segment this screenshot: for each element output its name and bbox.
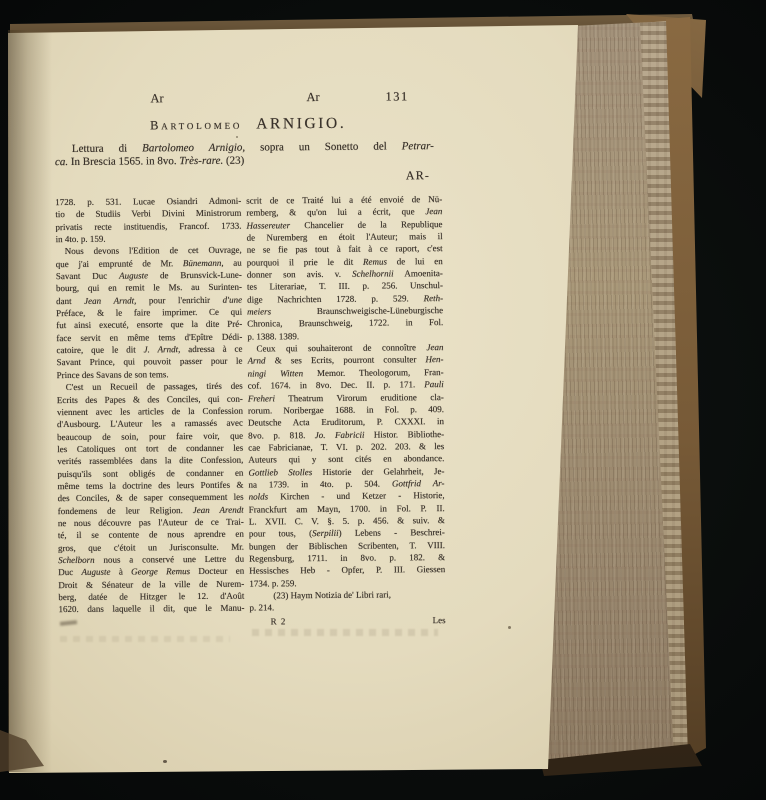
- text-line: C'est un Recueil de passages, tirés des: [57, 380, 243, 394]
- text-line: d'Ausbourg. L'Auteur les a ramassés avec: [57, 417, 243, 431]
- italic-text: Schelhornii: [352, 269, 394, 279]
- italic-text: meiers: [247, 307, 271, 317]
- italic-text: Gottfrid Ar-: [392, 478, 445, 488]
- body-text: tes Literariae, T. III. p. 256. Unschul-: [247, 280, 443, 292]
- body-text: dant: [56, 296, 84, 306]
- body-text: fondemens de leur Religion.: [58, 505, 193, 516]
- body-text: Amoenita-: [394, 268, 443, 278]
- body-text: les Catoliques ont tort de condanner les: [57, 443, 243, 454]
- body-text: des Conciles, & de saper consequemment l…: [58, 492, 244, 503]
- text-line: 1620. dans laquelle il dit, que le Manu-: [58, 602, 244, 616]
- text-line: privatis recte instituendis, Francof. 17…: [55, 219, 241, 233]
- body-text: Duc: [58, 567, 81, 577]
- italic-text: Jean: [425, 206, 442, 216]
- italic-text: Pauli: [424, 379, 444, 389]
- italic-text: Freheri: [248, 393, 275, 403]
- text-line: Duc Auguste à George Remus Docteur en: [58, 565, 244, 579]
- body-text: catoire, que le dit: [56, 345, 143, 356]
- text-line: Chronica, Braunschweig, 1722. in Fol.: [247, 317, 443, 331]
- body-text: Deutsche Acta Eruditorum, P. CXXXI. in: [248, 416, 444, 428]
- show-through: [252, 629, 438, 636]
- body-text: Ecrits des Papes & des Conciles, qui con…: [57, 393, 243, 404]
- text-line: p. 214.: [249, 600, 445, 614]
- italic-text: Jean Arendt: [193, 504, 244, 514]
- body-text: dige Nachrichten 1728. p. 529.: [247, 293, 424, 304]
- text-line: verités rassemblées dans la dite Confess…: [57, 454, 243, 468]
- body-text: Kirchen - und Ketzer - Historie,: [268, 490, 445, 501]
- body-text: , sopra un Sonetto del: [242, 140, 401, 153]
- body-text: bungen der Biblischen Scribenten, T. VII…: [249, 540, 445, 552]
- body-text: berg, datée de Hitzger le 12. d'Août: [58, 591, 244, 602]
- italic-text: Schelborn: [58, 555, 95, 565]
- body-text: beaucoup de soin, pour faire voir, que: [57, 430, 243, 441]
- body-text: Docteur en: [190, 566, 244, 576]
- body-text: rorum. Noribergae 1688. in Fol. p. 409.: [248, 404, 444, 416]
- body-text: fut ainsi executé, ensorte que la dite P…: [56, 319, 242, 330]
- body-text: de Brunsvick-Lune-: [148, 270, 242, 281]
- body-text: gros, que c'étoit un Jurisconsulte. Mr.: [58, 541, 244, 552]
- text-line: bourg, qui en remit le Ms. au Surinten-: [56, 281, 242, 295]
- show-through: [60, 636, 230, 642]
- body-text: 1620. dans laquelle il dit, que le Manu-: [58, 603, 244, 614]
- body-text: d'Ausbourg. L'Auteur les a ramassés avec: [57, 418, 243, 429]
- text-line: té, il se contente de nous aprendre en: [58, 528, 244, 542]
- italic-text: Petrar-: [402, 140, 434, 152]
- signature-mark: R 2: [271, 615, 287, 627]
- page-text: Ar Ar 131 Bartolomeo ARNIGIO. Lettura di…: [0, 0, 766, 800]
- italic-text: Jean: [426, 342, 443, 352]
- text-line: tes Literariae, T. III. p. 256. Unschul-: [247, 279, 443, 293]
- body-text: 8vo. p. 818.: [248, 430, 315, 441]
- text-line: Deutsche Acta Eruditorum, P. CXXXI. in: [248, 415, 444, 429]
- body-text: C'est un Recueil de passages, tirés des: [66, 381, 243, 392]
- body-text: viennent avec les articles de la Confess…: [57, 405, 243, 416]
- body-text: de Nuremberg en étoit l'Auteur; mais il: [247, 231, 443, 243]
- body-text: , au: [221, 257, 241, 267]
- left-column: 1728. p. 531. Lucae Osiandri Admoni-tio …: [55, 195, 244, 632]
- ink-speck: [236, 136, 238, 138]
- body-text: Memor. Theologorum, Fran-: [303, 367, 444, 378]
- italic-text: Remus: [363, 256, 387, 266]
- catchword-top: AR-: [348, 168, 430, 184]
- italic-text: Gottlieb Stolles: [248, 467, 312, 478]
- body-text: scrit de ce Traité lui a été envoié de N…: [246, 194, 442, 206]
- body-text: In Brescia 1565. in 8vo.: [68, 155, 179, 168]
- italic-text: Auguste: [119, 270, 148, 280]
- body-text: Lettura di: [72, 142, 142, 155]
- body-text: té, il se contente de nous aprendre en: [58, 529, 244, 540]
- body-text: ne se fie pas tout à fait à ce raport, c…: [247, 243, 443, 255]
- body-text: que j'ai emprunté de Mr.: [56, 258, 183, 269]
- catchword-bottom: Les: [433, 614, 446, 626]
- body-text: 1734. p. 259.: [249, 578, 296, 588]
- text-line: pour tous, (Serpilii) Lebens - Beschrei-: [249, 526, 445, 540]
- body-text: Franckfurt am Mayn, 1700. in Fol. P. II.: [249, 503, 445, 515]
- body-text: (23): [223, 155, 244, 167]
- body-text: Savant Duc: [56, 271, 119, 281]
- body-text: 1728. p. 531. Lucae Osiandri Admoni-: [55, 196, 241, 207]
- body-text: Chronica, Braunschweig, 1722. in Fol.: [247, 318, 443, 330]
- body-text: Droit & Sénateur de la ville de Nurem-: [58, 578, 244, 589]
- article-heading-forename: Bartolomeo: [150, 118, 242, 133]
- text-line: Nous devons l'Edition de cet Ouvrage,: [56, 244, 242, 258]
- body-text: Ceux qui souhaiteront de connoître: [256, 342, 426, 353]
- body-text: (23) Haym Notizia de' Libri rari,: [273, 589, 391, 600]
- right-column: scrit de ce Traité lui a été envoié de N…: [246, 193, 445, 631]
- body-text: Nous devons l'Edition de cet Ouvrage,: [65, 245, 242, 256]
- italic-text: Auguste: [81, 567, 110, 577]
- body-text: Prince des Savans de son tems.: [57, 369, 169, 380]
- body-text: L. XVII. C. V. §. 5. p. 456. & suiv. &: [249, 515, 445, 527]
- text-line: Savant Prince, qui pouvoit passer pour l…: [57, 355, 243, 369]
- body-text: Préface, & le faire imprimer. Ce qui: [56, 307, 242, 318]
- body-text: ne nous découvre pas l'Auteur de ce Trai…: [58, 517, 244, 528]
- italic-text: J. Arndt: [144, 344, 179, 354]
- body-text: p. 1388. 1389.: [247, 331, 299, 341]
- body-text: Histor. Bibliothe-: [364, 429, 444, 440]
- body-text: à: [110, 567, 131, 577]
- italic-text: George Remus: [131, 566, 190, 576]
- body-text: Chancelier de la Republique: [290, 219, 442, 230]
- body-text: Savant Prince, qui pouvoit passer pour l…: [57, 356, 243, 367]
- body-text: cae Fabricianae, T. VI. p. 202. 203. & l…: [248, 441, 444, 453]
- text-line: des Conciles, & de saper consequemment l…: [58, 491, 244, 505]
- italic-text: Serpilii: [312, 528, 339, 538]
- body-text: donner son avis. v.: [247, 269, 352, 280]
- italic-text: Arnd: [248, 356, 266, 366]
- text-line: nolds Kirchen - und Ketzer - Historie,: [249, 489, 445, 503]
- italic-text: Hen-: [425, 355, 443, 365]
- body-text: nous a conservé une Lettre du: [95, 554, 245, 565]
- text-line: ne se fie pas tout à fait à ce raport, c…: [247, 242, 443, 256]
- text-line: fut ainsi executé, ensorte que la dite P…: [56, 318, 242, 332]
- body-text: puisqu'ils sont obligés de condanner en: [57, 467, 243, 478]
- body-text: cof. 1674. in 8vo. Dec. II. p. 171.: [248, 379, 425, 390]
- body-text: ) Lebens - Beschrei-: [339, 527, 445, 538]
- running-head: Ar Ar 131: [0, 87, 764, 109]
- italic-text: d'une: [223, 294, 242, 304]
- text-line: remberg, & qu'on lui a écrit, que Jean: [246, 205, 442, 219]
- text-line: Hessisches Heb - Opfer, P. III. Giessen: [249, 563, 445, 577]
- body-text: p. 214.: [249, 603, 274, 613]
- italic-text: Bünemann: [183, 258, 222, 268]
- italic-text: ca.: [55, 156, 68, 168]
- body-text: & ses Ecrits, pourront consulter: [266, 355, 426, 366]
- italic-text: Jean Arndt: [84, 295, 134, 305]
- body-text: , pour l'enrichir: [134, 295, 223, 306]
- body-text: de lui en: [387, 256, 443, 266]
- page-number: 131: [385, 89, 408, 104]
- body-text: face servit en même tems d'Epître Dédi-: [56, 331, 242, 342]
- ink-speck: [163, 760, 167, 763]
- body-text: Historie der Gelahrheit, Je-: [312, 466, 444, 477]
- running-head-keyword-left: Ar: [150, 91, 163, 106]
- body-text: verités rassemblées dans la dite Confess…: [57, 455, 243, 466]
- book-photo: Ar Ar 131 Bartolomeo ARNIGIO. Lettura di…: [0, 0, 766, 800]
- text-line: cof. 1674. in 8vo. Dec. II. p. 171. Paul…: [248, 378, 444, 392]
- article-heading: Bartolomeo ARNIGIO.: [55, 114, 442, 135]
- text-line: Auteurs qui y sont cités en abondance.: [248, 452, 444, 466]
- italic-text: Hassereuter: [246, 220, 290, 230]
- ink-speck: [508, 626, 511, 629]
- body-text: tio de Studiis Verbi Divini Ministrorum: [55, 208, 241, 219]
- body-text: Regensburg, 1711. in 8vo. p. 182. &: [249, 552, 445, 564]
- body-text: na 1739. in 4to. p. 504.: [248, 478, 391, 489]
- body-text: privatis recte instituendis, Francof. 17…: [55, 220, 241, 231]
- entry-title-line: ca. In Brescia 1565. in 8vo. Très-rare. …: [55, 154, 355, 170]
- body-text: in 4to. p. 159.: [56, 234, 106, 244]
- article-heading-surname: ARNIGIO.: [256, 115, 346, 133]
- body-text: Theatrum Virorum eruditione cla-: [275, 392, 444, 403]
- italic-text: Reth-: [424, 293, 444, 303]
- italic-text: nolds: [249, 492, 269, 502]
- italic-text: Jo. Fabricii: [315, 429, 365, 439]
- italic-text: ningi Witten: [248, 368, 303, 378]
- italic-text: Bartolomeo Arnigio: [142, 142, 242, 155]
- body-text: même tems la doctrine des leurs Pontifes…: [57, 480, 243, 491]
- body-text: Hessisches Heb - Opfer, P. III. Giessen: [249, 564, 445, 576]
- body-text: bourg, qui en remit le Ms. au Surinten-: [56, 282, 242, 293]
- body-text: , adressa à ce: [178, 344, 242, 355]
- body-text: Braunschweigische-Lüneburgische: [271, 305, 443, 316]
- body-text: pourquoi il prie le dit: [247, 256, 363, 267]
- body-text: Auteurs qui y sont cités en abondance.: [248, 453, 444, 465]
- body-text: pour tous, (: [249, 528, 312, 538]
- body-text: remberg, & qu'on lui a écrit, que: [246, 207, 425, 218]
- text-line: tio de Studiis Verbi Divini Ministrorum: [55, 207, 241, 221]
- italic-text: Très-rare.: [179, 155, 223, 167]
- footer-line: R 2Les: [250, 614, 446, 628]
- running-head-keyword-center: Ar: [306, 90, 319, 105]
